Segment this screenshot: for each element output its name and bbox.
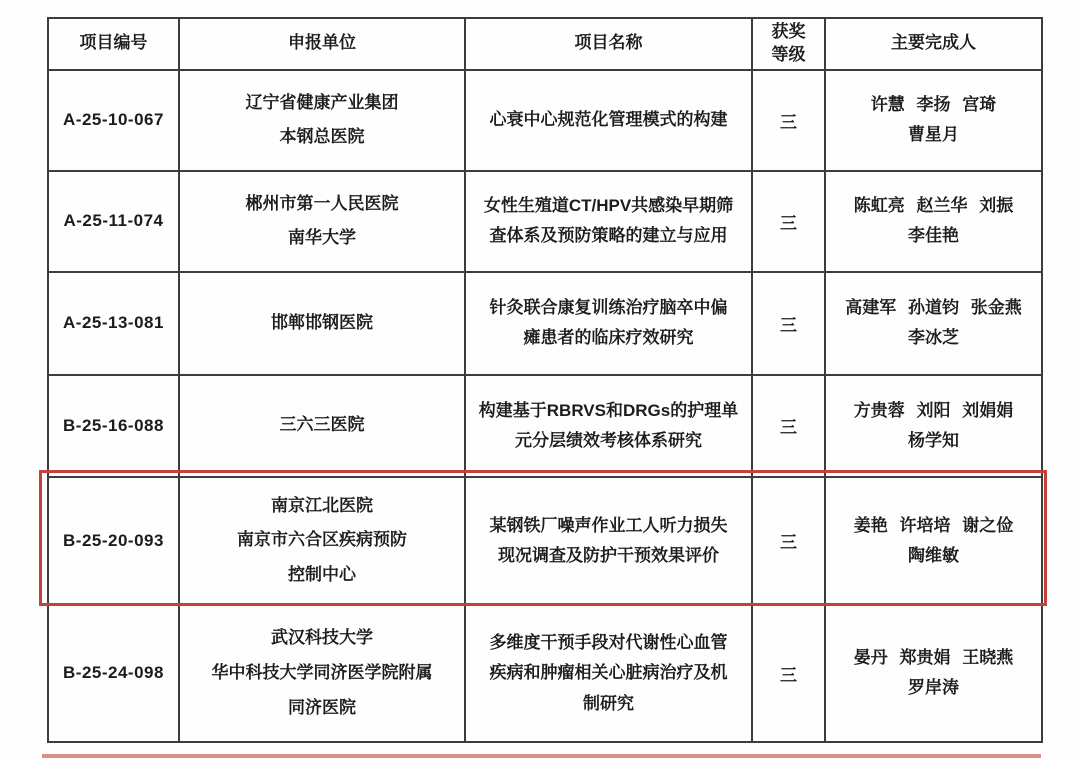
contributors-cell: 姜艳 许培培 谢之俭 陶维敏 <box>825 477 1042 605</box>
award-level-cell: 三 <box>752 375 825 477</box>
award-list-page: 项目编号 申报单位 项目名称 获奖 等级 主要完成人 A-25-10-067 辽… <box>0 0 1080 760</box>
header-award-level: 获奖 等级 <box>752 18 825 70</box>
project-id-cell: A-25-11-074 <box>48 171 179 272</box>
award-level-cell: 三 <box>752 171 825 272</box>
contributors-cell: 陈虹亮 赵兰华 刘振 李佳艳 <box>825 171 1042 272</box>
award-level-cell: 三 <box>752 605 825 742</box>
contributors-cell: 方贵蓉 刘阳 刘娟娟 杨学知 <box>825 375 1042 477</box>
contributors-cell: 晏丹 郑贵娟 王晓燕 罗岸涛 <box>825 605 1042 742</box>
project-id-cell: B-25-20-093 <box>48 477 179 605</box>
unit-cell: 辽宁省健康产业集团 本钢总医院 <box>179 70 465 171</box>
contributors-cell: 高建军 孙道钧 张金燕 李冰芝 <box>825 272 1042 375</box>
header-contributors: 主要完成人 <box>825 18 1042 70</box>
project-id-cell: A-25-10-067 <box>48 70 179 171</box>
table-row: B-25-16-088 三六三医院 构建基于RBRVS和DRGs的护理单 元分层… <box>48 375 1042 477</box>
project-id-cell: A-25-13-081 <box>48 272 179 375</box>
project-id-cell: B-25-16-088 <box>48 375 179 477</box>
project-name-cell: 针灸联合康复训练治疗脑卒中偏 瘫患者的临床疗效研究 <box>465 272 752 375</box>
header-unit: 申报单位 <box>179 18 465 70</box>
table-row: A-25-11-074 郴州市第一人民医院 南华大学 女性生殖道CT/HPV共感… <box>48 171 1042 272</box>
contributors-cell: 许慧 李扬 宫琦 曹星月 <box>825 70 1042 171</box>
header-row: 项目编号 申报单位 项目名称 获奖 等级 主要完成人 <box>48 18 1042 70</box>
award-level-cell: 三 <box>752 477 825 605</box>
partial-highlight-line <box>42 754 1041 758</box>
header-project-name: 项目名称 <box>465 18 752 70</box>
project-name-cell: 多维度干预手段对代谢性心血管 疾病和肿瘤相关心脏病治疗及机 制研究 <box>465 605 752 742</box>
unit-cell: 南京江北医院 南京市六合区疾病预防 控制中心 <box>179 477 465 605</box>
table-row: B-25-24-098 武汉科技大学 华中科技大学同济医学院附属 同济医院 多维… <box>48 605 1042 742</box>
table-row: A-25-10-067 辽宁省健康产业集团 本钢总医院 心衰中心规范化管理模式的… <box>48 70 1042 171</box>
award-level-cell: 三 <box>752 272 825 375</box>
award-level-cell: 三 <box>752 70 825 171</box>
project-id-cell: B-25-24-098 <box>48 605 179 742</box>
project-name-cell: 构建基于RBRVS和DRGs的护理单 元分层绩效考核体系研究 <box>465 375 752 477</box>
project-name-cell: 心衰中心规范化管理模式的构建 <box>465 70 752 171</box>
unit-cell: 武汉科技大学 华中科技大学同济医学院附属 同济医院 <box>179 605 465 742</box>
unit-cell: 郴州市第一人民医院 南华大学 <box>179 171 465 272</box>
table-row-highlighted: B-25-20-093 南京江北医院 南京市六合区疾病预防 控制中心 某钢铁厂噪… <box>48 477 1042 605</box>
unit-cell: 三六三医院 <box>179 375 465 477</box>
awards-table: 项目编号 申报单位 项目名称 获奖 等级 主要完成人 A-25-10-067 辽… <box>47 17 1043 743</box>
unit-cell: 邯郸邯钢医院 <box>179 272 465 375</box>
table-row: A-25-13-081 邯郸邯钢医院 针灸联合康复训练治疗脑卒中偏 瘫患者的临床… <box>48 272 1042 375</box>
project-name-cell: 女性生殖道CT/HPV共感染早期筛 查体系及预防策略的建立与应用 <box>465 171 752 272</box>
header-project-id: 项目编号 <box>48 18 179 70</box>
project-name-cell: 某钢铁厂噪声作业工人听力损失 现况调查及防护干预效果评价 <box>465 477 752 605</box>
